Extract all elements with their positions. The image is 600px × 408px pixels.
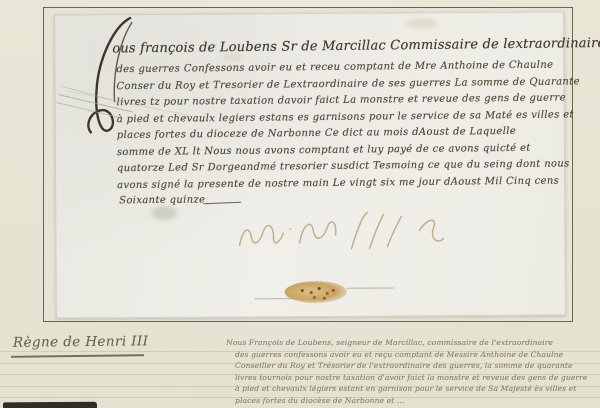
manuscript-document: ous françois de Loubens Sr de Marcillac …: [54, 11, 566, 318]
transcription-line: places fortes du diocèse de Narbonne et …: [235, 395, 600, 407]
manuscript-line: avons signé la presente de nostre main L…: [117, 175, 559, 191]
paper-stain: [222, 53, 242, 61]
ink-smudge: [151, 206, 177, 220]
transcription-line: à pied et chevaulx légiers estant en gar…: [235, 383, 600, 395]
transcription-line: Nous François de Loubens, seigneur de Ma…: [226, 337, 600, 349]
mount-frame-border: ous françois de Loubens Sr de Marcillac …: [43, 7, 573, 322]
caption-regne: Règne de Henri III: [13, 333, 149, 350]
transcription-block: Nous François de Loubens, seigneur de Ma…: [226, 337, 600, 408]
caption-underline: [11, 354, 144, 357]
line-end-flourish: [203, 202, 241, 205]
signature: [233, 204, 448, 255]
album-page: ous françois de Loubens Sr de Marcillac …: [0, 0, 600, 408]
manuscript-line: quatorze Led Sr Dorgeandmé tresorier sus…: [117, 158, 570, 174]
transcription-line: Conseiller du Roy et Trésorier de l'extr…: [235, 360, 600, 372]
manuscript-line: Soixante quinze: [119, 194, 205, 206]
seal-slit-line: [347, 287, 394, 288]
wax-seal-remnant: [285, 281, 347, 303]
bottom-left-dark-bar: [3, 402, 97, 408]
paper-stain: [406, 18, 438, 28]
transcription-line: livres tournois pour nostre taxation d'a…: [235, 372, 600, 384]
transcription-line: des guerres confessons avoir eu et reçu …: [235, 349, 600, 361]
